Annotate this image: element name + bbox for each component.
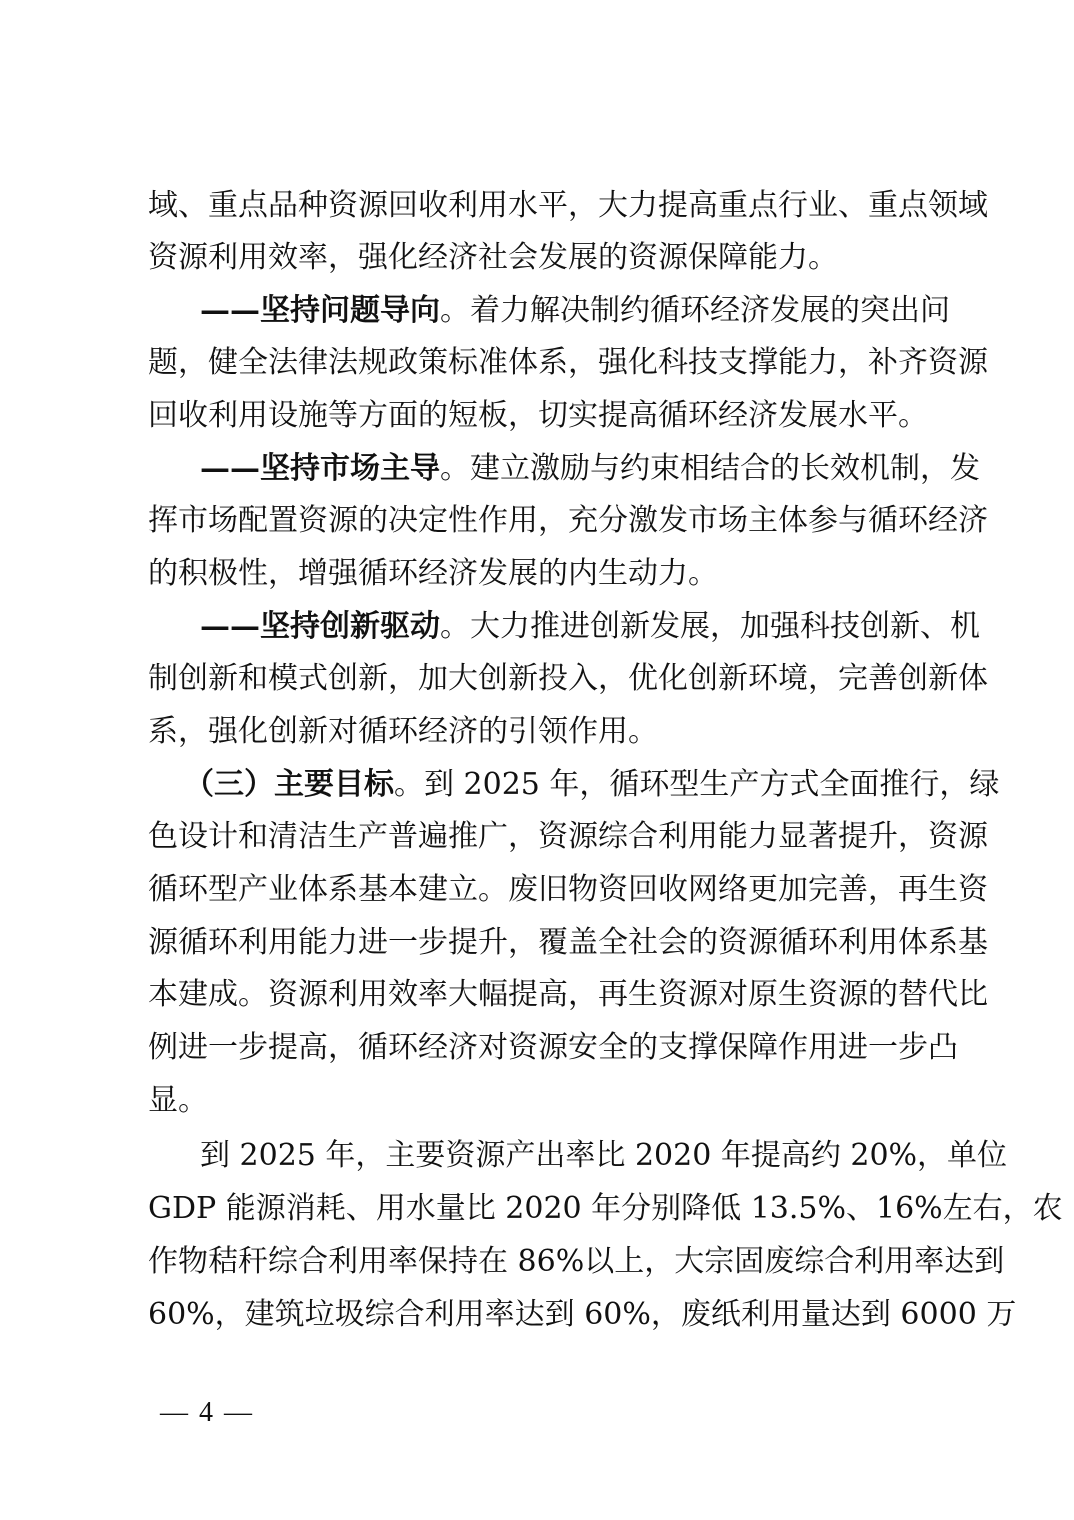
text-line: 资源利用效率，强化经济社会发展的资源保障能力。 <box>148 238 928 278</box>
text-line: 题，健全法律法规政策标准体系，强化科技支撑能力，补齐资源 <box>148 343 928 383</box>
text-line: 显。 <box>148 1081 928 1121</box>
text-line: 作物秸秆综合利用率保持在 86%以上，大宗固废综合利用率达到 <box>148 1242 928 1282</box>
text-line: 域、重点品种资源回收利用水平，大力提高重点行业、重点领域 <box>148 186 928 226</box>
text-line: 本建成。资源利用效率大幅提高，再生资源对原生资源的替代比 <box>148 975 928 1015</box>
text-line: 回收利用设施等方面的短板，切实提高循环经济发展水平。 <box>148 396 928 436</box>
text-line: 系，强化创新对循环经济的引领作用。 <box>148 712 928 752</box>
text-line: 挥市场配置资源的决定性作用，充分激发市场主体参与循环经济 <box>148 501 928 541</box>
paragraph-heading: ——坚持问题导向 <box>200 293 440 328</box>
text-line: 60%，建筑垃圾综合利用率达到 60%，废纸利用量达到 6000 万 <box>148 1295 928 1335</box>
text-line: 色设计和清洁生产普遍推广，资源综合利用能力显著提升，资源 <box>148 817 928 857</box>
paragraph-first-line: （三）主要目标。到 2025 年，循环型生产方式全面推行，绿 <box>184 765 928 805</box>
section-heading: （三）主要目标 <box>184 767 394 802</box>
paragraph-text: 。建立激励与约束相结合的长效机制，发 <box>440 451 980 486</box>
text-line: 制创新和模式创新，加大创新投入，优化创新环境，完善创新体 <box>148 659 928 699</box>
text-line: 源循环利用能力进一步提升，覆盖全社会的资源循环利用体系基 <box>148 923 928 963</box>
document-page: 域、重点品种资源回收利用水平，大力提高重点行业、重点领域 资源利用效率，强化经济… <box>0 0 1074 1520</box>
page-number: — 4 — <box>160 1393 254 1433</box>
paragraph-heading: ——坚持创新驱动 <box>200 609 440 644</box>
text-line: GDP 能源消耗、用水量比 2020 年分别降低 13.5%、16%左右，农 <box>148 1189 928 1229</box>
paragraph-text: 。到 2025 年，循环型生产方式全面推行，绿 <box>394 767 999 802</box>
paragraph-first-line: ——坚持市场主导。建立激励与约束相结合的长效机制，发 <box>200 449 928 489</box>
paragraph-text: 。着力解决制约循环经济发展的突出问 <box>440 293 950 328</box>
text-line: 例进一步提高，循环经济对资源安全的支撑保障作用进一步凸 <box>148 1028 928 1068</box>
text-line: 的积极性，增强循环经济发展的内生动力。 <box>148 554 928 594</box>
paragraph-first-line: 到 2025 年，主要资源产出率比 2020 年提高约 20%，单位 <box>200 1136 928 1176</box>
paragraph-first-line: ——坚持创新驱动。大力推进创新发展，加强科技创新、机 <box>200 607 928 647</box>
paragraph-heading: ——坚持市场主导 <box>200 451 440 486</box>
paragraph-text: 。大力推进创新发展，加强科技创新、机 <box>440 609 980 644</box>
paragraph-first-line: ——坚持问题导向。着力解决制约循环经济发展的突出问 <box>200 291 928 331</box>
text-line: 循环型产业体系基本建立。废旧物资回收网络更加完善，再生资 <box>148 870 928 910</box>
